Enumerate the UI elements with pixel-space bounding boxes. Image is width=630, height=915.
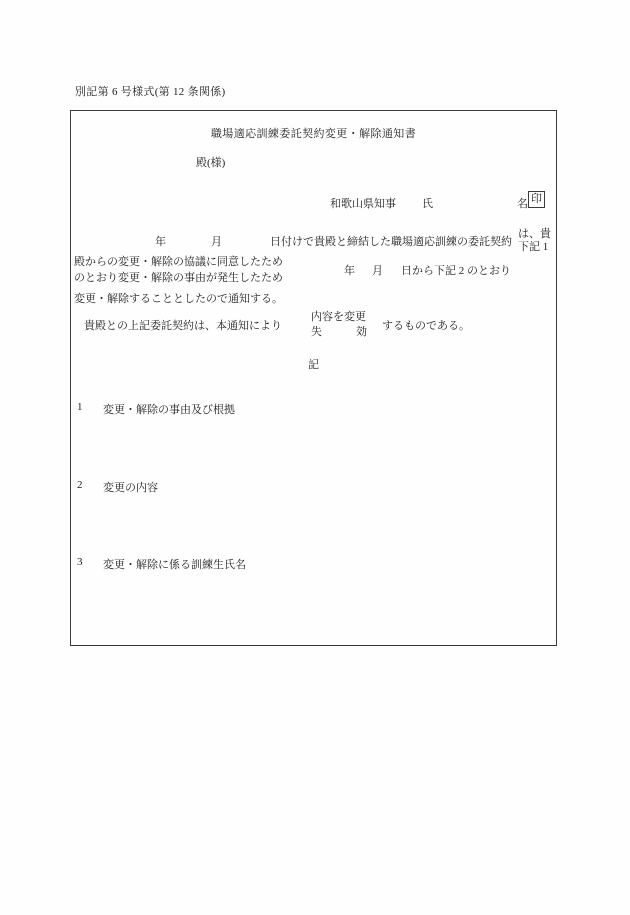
document-frame: 職場適応訓練委託契約変更・解除通知書 殿(様) 和歌山県知事 氏 名 印 年 月… (70, 110, 557, 646)
item-number: 3 (77, 556, 103, 572)
effective-date-rest: 日から下記 2 のとおり (401, 262, 511, 278)
issuer-name-first-char: 氏 (422, 195, 433, 211)
reason-choice-stack: は、貴 下記 1 (518, 228, 551, 254)
month-label: 月 (211, 233, 222, 249)
reason-continuation-top: 殿からの変更・解除の協議に同意したため (74, 254, 283, 270)
item-label: 変更・解除の事由及び根拠 (103, 401, 235, 417)
item-label: 変更の内容 (103, 479, 158, 495)
change-option: 内容を変更 (311, 310, 367, 325)
year-label: 年 (155, 233, 166, 249)
paragraph2-lead: 貴殿との上記委託契約は、本通知により (84, 317, 282, 333)
item-label: 変更・解除に係る訓練生氏名 (103, 556, 246, 572)
seal-mark: 印 (531, 193, 542, 205)
void-option-last-char: 効 (356, 325, 367, 340)
effective-date-line: 年 月 日から下記 2 のとおり (344, 262, 511, 278)
addressee-suffix: 殿(様) (196, 154, 225, 170)
item-number: 2 (77, 479, 103, 495)
notice-closing-sentence: 変更・解除することとしたので通知する。 (74, 290, 283, 306)
effective-year-label: 年 (344, 262, 355, 278)
contract-clause-text: 日付けで貴殿と締結した職場適応訓練の委託契約 (270, 233, 512, 249)
record-heading: 記 (71, 356, 556, 372)
reason-continuation-bottom: のとおり変更・解除の事由が発生したため (74, 270, 283, 286)
list-item-2: 2 変更の内容 (77, 479, 158, 495)
seal-box: 印 (528, 191, 545, 208)
item-number: 1 (77, 401, 103, 417)
list-item-1: 1 変更・解除の事由及び根拠 (77, 401, 235, 417)
document-page: 別記第 6 号様式(第 12 条関係) 職場適応訓練委託契約変更・解除通知書 殿… (0, 0, 630, 915)
reason-choice-top: は、貴 (518, 228, 551, 241)
void-option-first-char: 失 (311, 325, 322, 340)
void-option: 失 効 (311, 325, 367, 340)
list-item-3: 3 変更・解除に係る訓練生氏名 (77, 556, 246, 572)
document-title: 職場適応訓練委託契約変更・解除通知書 (71, 125, 556, 141)
form-style-caption: 別記第 6 号様式(第 12 条関係) (75, 83, 226, 99)
effective-month-label: 月 (372, 262, 383, 278)
reason-choice-bottom: 下記 1 (518, 241, 551, 254)
issuer-office-title: 和歌山県知事 (330, 195, 396, 211)
reason-continuation-stack: 殿からの変更・解除の協議に同意したため のとおり変更・解除の事由が発生したため (74, 254, 283, 286)
issuer-name-last-char: 名 (517, 195, 528, 211)
change-or-void-stack: 内容を変更 失 効 (311, 310, 367, 340)
paragraph1-line1: 年 月 日付けで貴殿と締結した職場適応訓練の委託契約 は、貴 下記 1 (155, 227, 551, 255)
paragraph2-tail: するものである。 (382, 317, 470, 333)
